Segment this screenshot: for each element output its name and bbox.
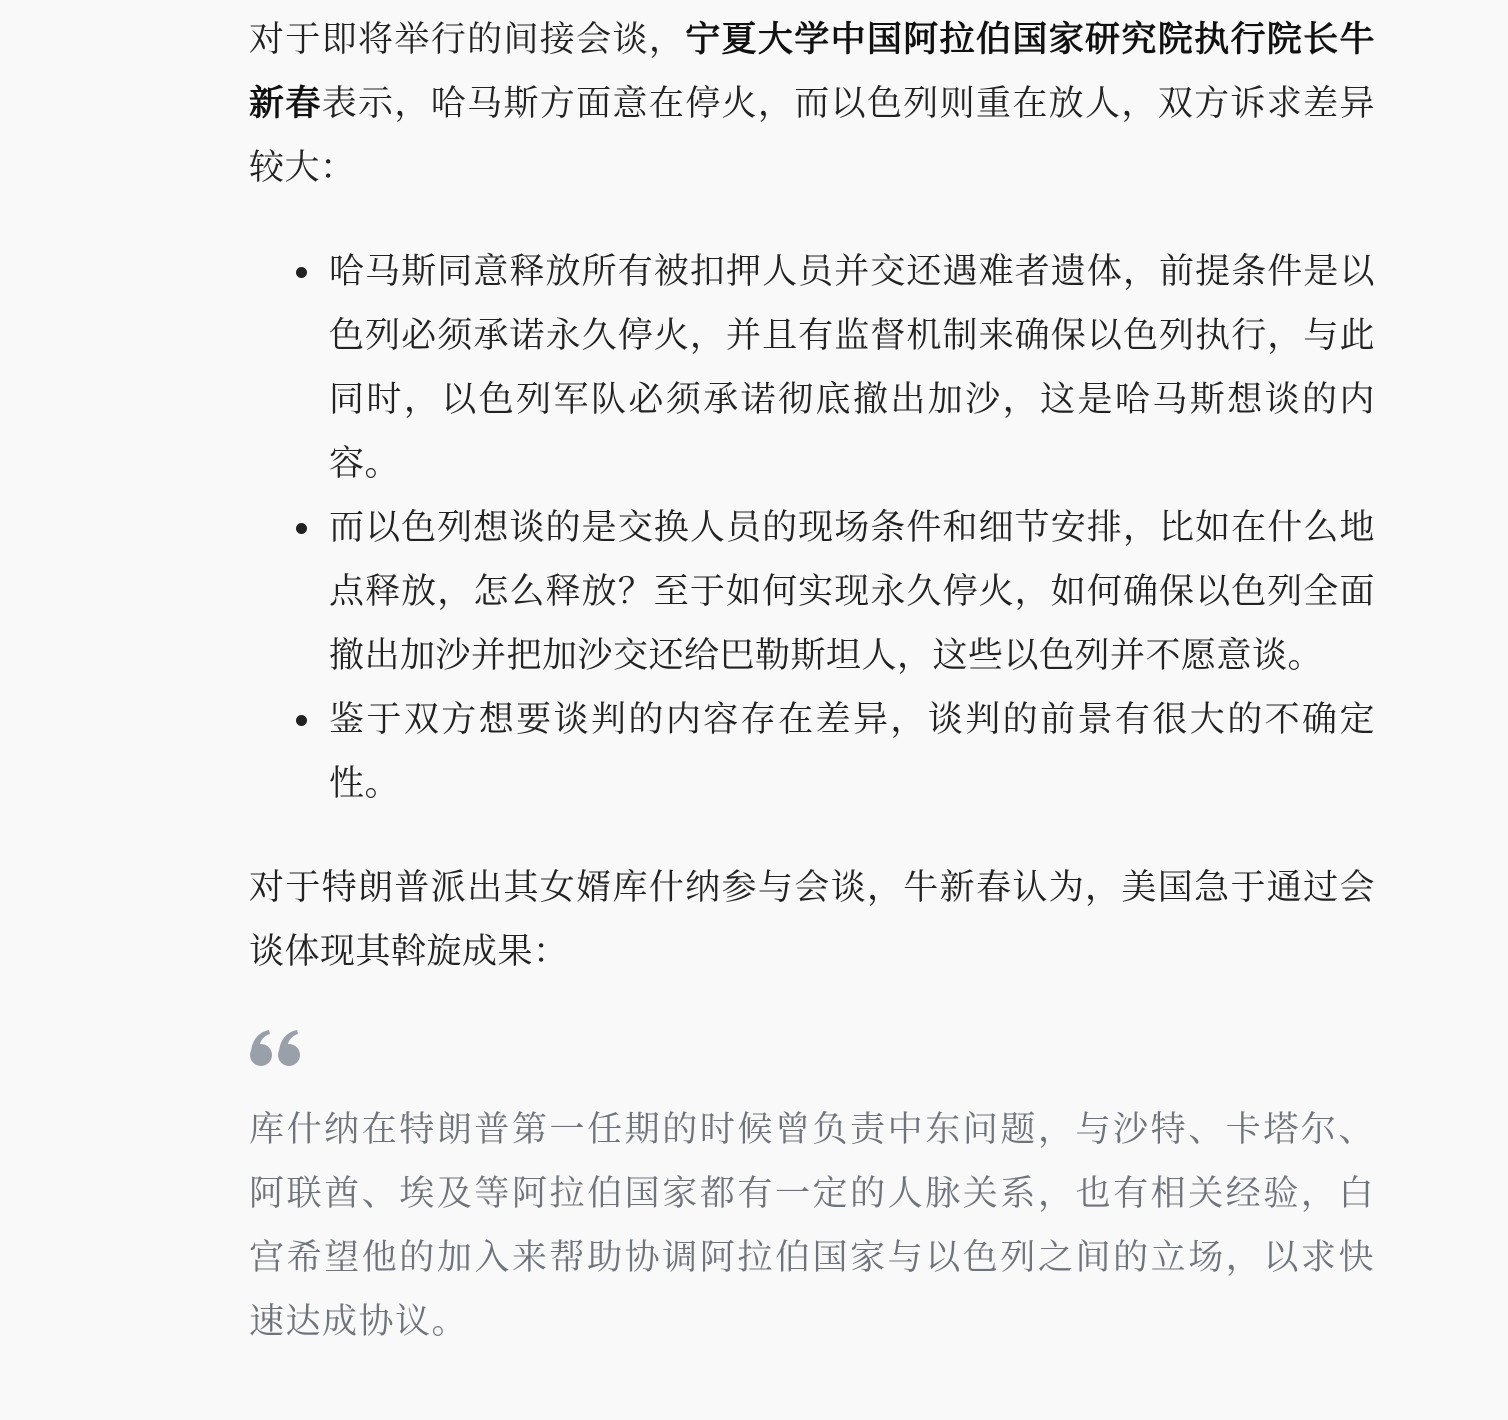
list-item: 鉴于双方想要谈判的内容存在差异，谈判的前景有很大的不确定性。 — [329, 688, 1375, 816]
list-item-text: 哈马斯同意释放所有被扣押人员并交还遇难者遗体，前提条件是以色列必须承诺永久停火，… — [329, 252, 1375, 484]
article-body: 对于即将举行的间接会谈，宁夏大学中国阿拉伯国家研究院执行院长牛新春表示，哈马斯方… — [249, 8, 1375, 1354]
bullet-list: 哈马斯同意释放所有被扣押人员并交还遇难者遗体，前提条件是以色列必须承诺永久停火，… — [249, 240, 1375, 816]
bullet-icon — [296, 267, 307, 278]
blockquote: 库什纳在特朗普第一任期的时候曾负责中东问题，与沙特、卡塔尔、阿联酋、埃及等阿拉伯… — [249, 1028, 1375, 1354]
intro-prefix: 对于即将举行的间接会谈， — [249, 20, 685, 60]
quote-open-icon — [249, 1028, 305, 1068]
quote-text: 库什纳在特朗普第一任期的时候曾负责中东问题，与沙特、卡塔尔、阿联酋、埃及等阿拉伯… — [249, 1098, 1375, 1354]
list-item-text: 鉴于双方想要谈判的内容存在差异，谈判的前景有很大的不确定性。 — [329, 700, 1375, 804]
list-item: 哈马斯同意释放所有被扣押人员并交还遇难者遗体，前提条件是以色列必须承诺永久停火，… — [329, 240, 1375, 496]
bullet-icon — [296, 715, 307, 726]
bullet-icon — [296, 523, 307, 534]
list-item-text: 而以色列想谈的是交换人员的现场条件和细节安排，比如在什么地点释放，怎么释放？至于… — [329, 508, 1375, 676]
paragraph-kushner: 对于特朗普派出其女婿库什纳参与会谈，牛新春认为，美国急于通过会谈体现其斡旋成果： — [249, 856, 1375, 984]
paragraph-intro: 对于即将举行的间接会谈，宁夏大学中国阿拉伯国家研究院执行院长牛新春表示，哈马斯方… — [249, 8, 1375, 200]
list-item: 而以色列想谈的是交换人员的现场条件和细节安排，比如在什么地点释放，怎么释放？至于… — [329, 496, 1375, 688]
intro-suffix: 表示，哈马斯方面意在停火，而以色列则重在放人，双方诉求差异较大： — [249, 84, 1375, 188]
